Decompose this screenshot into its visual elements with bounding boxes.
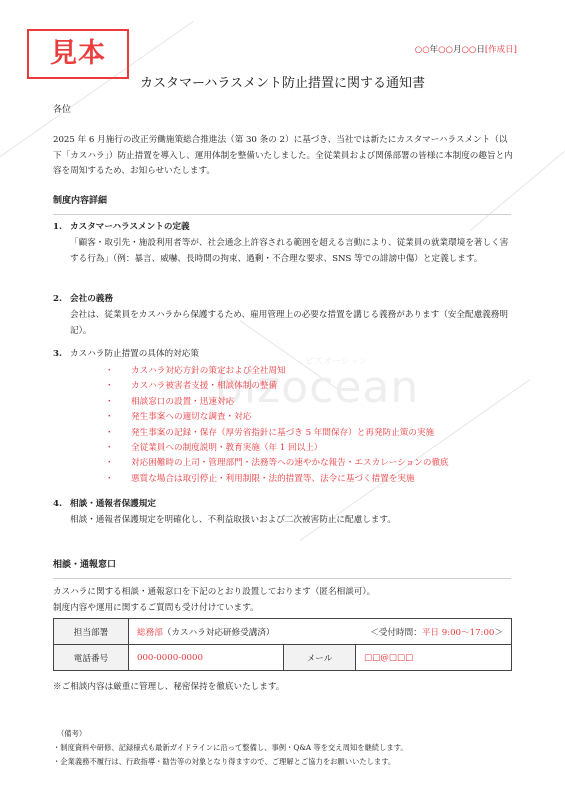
list-item: ・発生事案への適切な調査・対応 (105, 410, 449, 425)
item-body: 「顧客・取引先・施設利用者等が、社会通念上許容される範囲を超える言動により、従業… (70, 235, 513, 267)
hours-suffix: ＞ (494, 628, 503, 638)
day-unit: 日 (476, 45, 485, 55)
remarks: （備考） ・制度資料や研修、記録様式も最新ガイドラインに沿って整備し、事例・Q&… (53, 727, 408, 769)
list-item-text: 発生事案の記録・保存（厚労省指針に基づき 5 年間保存）と再発防止策の実施 (131, 428, 434, 438)
mail-label: メール (284, 645, 356, 671)
list-item-text: 相談窓口の設置・迅速対応 (131, 397, 234, 407)
list-item: ・カスハラ被害者支援・相談体制の整備 (105, 379, 449, 394)
bullet-icon: ・ (105, 364, 114, 379)
dept-label: 担当部署 (54, 619, 129, 645)
item-body: 会社は、従業員をカスハラから保護するため、雇用管理上の必要な措置を講じる義務があ… (70, 307, 513, 339)
reception-hours: ＜受付時間：平日 9:00〜17:00＞ (370, 626, 503, 638)
detail-item-1: 1. カスタマーハラスメントの定義 「顧客・取引先・施設利用者等が、社会通念上許… (53, 219, 513, 267)
detail-item-4: 4. 相談・通報者保護規定 相談・通報者保護規定を明確化し、不利益取扱いおよび二… (53, 496, 513, 528)
item-heading: カスハラ防止措置の具体的対応策 (70, 346, 513, 362)
bullet-icon: ・ (105, 395, 114, 410)
section-heading-contact: 相談・通報窓口 (53, 557, 116, 570)
item-heading: 会社の義務 (70, 291, 513, 307)
list-item-text: 対応困難時の上司・管理部門・法務等への速やかな報告・エスカレーションの徹底 (131, 458, 449, 468)
list-item-text: カスハラ対応方針の策定および全社周知 (131, 366, 286, 376)
list-item: ・悪質な場合は取引停止・利用制限・法的措置等、法令に基づく措置を実施 (105, 472, 449, 487)
list-item: ・発生事案の記録・保存（厚労省指針に基づき 5 年間保存）と再発防止策の実施 (105, 426, 449, 441)
dept-value: 総務部 (137, 628, 163, 638)
table-row: 担当部署 総務部（カスハラ対応研修受講済） ＜受付時間：平日 9:00〜17:0… (54, 619, 512, 645)
remarks-item: ・制度資料や研修、記録様式も最新ガイドラインに沿って整備し、事例・Q&A 等を交… (53, 741, 408, 755)
bullet-icon: ・ (105, 410, 114, 425)
list-item-text: 悪質な場合は取引停止・利用制限・法的措置等、法令に基づく措置を実施 (131, 474, 415, 484)
year-unit: 年 (430, 45, 439, 55)
list-item-text: 発生事案への適切な調査・対応 (131, 412, 251, 422)
hours-value: 平日 9:00〜17:00 (422, 628, 495, 638)
table-row: 電話番号 000-0000-0000 メール □□@□□□ (54, 645, 512, 671)
bullet-icon: ・ (105, 379, 114, 394)
month-placeholder: ○○ (438, 45, 453, 55)
item-heading: カスタマーハラスメントの定義 (70, 219, 513, 235)
list-item: ・対応困難時の上司・管理部門・法務等への速やかな報告・エスカレーションの徹底 (105, 456, 449, 471)
item-heading: 相談・通報者保護規定 (70, 496, 513, 512)
item-number: 2. (53, 291, 62, 307)
month-unit: 月 (453, 45, 462, 55)
bullet-icon: ・ (105, 426, 114, 441)
list-item: ・相談窓口の設置・迅速対応 (105, 395, 449, 410)
bullet-icon: ・ (105, 456, 114, 471)
remarks-item: ・企業義務不履行は、行政指導・勧告等の対象となり得ますので、ご理解とご協力をお願… (53, 755, 408, 769)
item-number: 3. (53, 346, 62, 362)
detail-item-2: 2. 会社の義務 会社は、従業員をカスハラから保護するため、雇用管理上の必要な措… (53, 291, 513, 339)
day-placeholder: ○○ (462, 45, 477, 55)
list-item: ・全従業員への制度説明・教育実施（年 1 回以上） (105, 441, 449, 456)
section-divider (53, 578, 511, 579)
list-item-text: カスハラ被害者支援・相談体制の整備 (131, 381, 277, 391)
date-note: [作成日] (485, 45, 517, 55)
list-item-text: 全従業員への制度説明・教育実施（年 1 回以上） (131, 443, 322, 453)
section-heading-details: 制度内容詳細 (53, 193, 107, 206)
dept-note: （カスハラ対応研修受講済） (163, 628, 275, 638)
countermeasure-list: ・カスハラ対応方針の策定および全社周知 ・カスハラ被害者支援・相談体制の整備 ・… (105, 364, 449, 487)
hours-prefix: ＜受付時間： (370, 628, 422, 638)
intro-paragraph: 2025 年 6 月施行の改正労働施策総合推進法（第 30 条の 2）に基づき、… (53, 133, 513, 180)
bullet-icon: ・ (105, 441, 114, 456)
addressee: 各位 (53, 102, 71, 115)
contact-intro-line-1: カスハラに関する相談・通報窓口を下記のとおり設置しております（匿名相談可）。 (53, 584, 375, 600)
bullet-icon: ・ (105, 472, 114, 487)
document-title: カスタマーハラスメント防止措置に関する通知書 (0, 72, 565, 91)
item-number: 1. (53, 219, 62, 235)
detail-item-3: 3. カスハラ防止措置の具体的対応策 (53, 346, 513, 362)
remarks-title: （備考） (57, 727, 408, 741)
phone-value: 000-0000-0000 (129, 645, 284, 671)
dept-cell: 総務部（カスハラ対応研修受講済） ＜受付時間：平日 9:00〜17:00＞ (129, 619, 512, 645)
confidentiality-note: ※ご相談内容は厳重に管理し、秘密保持を徹底いたします。 (53, 680, 284, 692)
mail-value: □□@□□□ (356, 645, 512, 671)
item-body: 相談・通報者保護規定を明確化し、不利益取扱いおよび二次被害防止に配慮します。 (70, 512, 513, 528)
phone-label: 電話番号 (54, 645, 129, 671)
contact-intro-line-2: 制度内容や運用に関するご質問も受け付けています。 (53, 600, 259, 616)
section-divider (53, 214, 511, 215)
creation-date: ○○年○○月○○日[作成日] (415, 43, 517, 55)
contact-table: 担当部署 総務部（カスハラ対応研修受講済） ＜受付時間：平日 9:00〜17:0… (53, 618, 512, 671)
item-number: 4. (53, 496, 62, 512)
list-item: ・カスハラ対応方針の策定および全社周知 (105, 364, 449, 379)
year-placeholder: ○○ (415, 45, 430, 55)
